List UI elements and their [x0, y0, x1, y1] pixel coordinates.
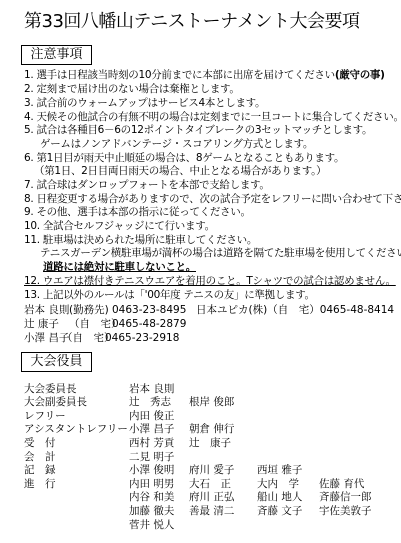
officer-name: 菅井 悦人 [129, 519, 174, 532]
note-item-12: 12. ウエアは襟付きテニスウエアを着用のこと。Tシャツでの試合は認めません。 [24, 275, 396, 288]
note-item-11-cont: テニスガーデン横駐車場が満杯の場合は道路を隔てた駐車場を使用してください。 [40, 247, 401, 260]
note-item-9: 9. その他、選手は本部の指示に従ってください。 [24, 206, 251, 219]
contact-phone: 0465-48-2879 [112, 318, 186, 331]
note-item-1: 1. 選手は日程該当時刻の10分前までに本部に出席を届けてください(厳守の事) [24, 69, 385, 82]
officer-name: 根岸 俊郎 [189, 396, 234, 409]
officer-name: 宇佐美敦子 [319, 505, 372, 518]
officer-name: 内谷 和美 [129, 491, 174, 504]
officer-name: 斉藤 文子 [257, 505, 302, 518]
officer-role: アシスタントレフリー [24, 423, 128, 436]
officer-name: 大石 正 [189, 478, 231, 491]
officer-name: 大内 学 [257, 478, 299, 491]
contact-phone: 0465-23-2918 [105, 332, 179, 345]
note-item-8: 8. 日程変更する場合がありますので、次の試合予定をレフリーに問い合わせて下さい… [24, 193, 401, 206]
officer-name: 小澤 俊明 [129, 464, 174, 477]
note-item-6: 6. 第1日目が雨天中止順延の場合は、8ゲームとなることもあります。 [24, 152, 344, 165]
note-item-11-warning: 道路には絶対に駐車しないこと。 [43, 261, 196, 274]
note-item-3: 3. 試合前のウォームアップはサービス4本とします。 [24, 97, 265, 110]
contact-label: (勤務先) [69, 304, 109, 317]
officer-role: 大会委員長 [24, 383, 77, 396]
notes-section-heading: 注意事項 [21, 45, 92, 65]
officer-role: 記 録 [24, 464, 56, 477]
officer-name: 辻 秀志 [129, 396, 171, 409]
note-text: 1. 選手は日程該当時刻の10分前までに本部に出席を届けてください [24, 69, 335, 81]
note-item-10: 10. 全試合セルフジャッジにて行います。 [24, 220, 215, 233]
officer-role: 大会副委員長 [24, 396, 87, 409]
officer-name: 朝倉 伸行 [189, 423, 234, 436]
officer-name: 西垣 雅子 [257, 464, 302, 477]
officer-name: 佐藤 育代 [319, 478, 364, 491]
officer-name: 岩本 良則 [129, 383, 174, 396]
document-title: 第33回八幡山テニストーナメント大会要項 [24, 11, 359, 33]
note-item-5: 5. 試合は各種目6－6の12ポイントタイブレークの3セットマッチとします。 [24, 124, 372, 137]
note-emphasis: (厳守の事) [335, 69, 385, 81]
note-item-11: 11. 駐車場は決められた場所に駐車してください。 [24, 234, 257, 247]
note-item-6-cont: （第1日、2日目両日雨天の場合、中止となる場合があります。） [34, 165, 326, 178]
contact-extra: 日本ユピカ(株)（自 宅）0465-48-8414 [196, 304, 394, 317]
officer-role: 進 行 [24, 478, 56, 491]
contact-name: 岩本 良則 [24, 304, 69, 317]
note-item-13: 13. 上記以外のルールは「'00年度 テニスの友」に準拠します。 [24, 289, 315, 302]
officer-name: 府川 正弘 [189, 491, 234, 504]
officer-name: 府川 愛子 [189, 464, 234, 477]
officers-section-heading: 大会役員 [21, 352, 92, 372]
officer-name: 西村 芳貢 [129, 437, 174, 450]
officer-name: 善最 清二 [189, 505, 234, 518]
note-item-2: 2. 定刻まで届け出のない場合は棄権とします。 [24, 83, 240, 96]
contact-name: 辻 康子 [24, 318, 59, 331]
officer-name: 小澤 昌子 [129, 423, 174, 436]
officer-name: 辻 康子 [189, 437, 231, 450]
contact-phone: 0463-23-8495 [112, 304, 186, 317]
officer-name: 内田 俊正 [129, 410, 174, 423]
officer-name: 二見 明子 [129, 451, 174, 464]
note-item-7: 7. 試合球はダンロップフォートを本部で支給します。 [24, 179, 270, 192]
officer-name: 船山 地人 [257, 491, 302, 504]
officer-name: 内田 明男 [129, 478, 174, 491]
officer-role: 受 付 [24, 437, 56, 450]
officer-name: 斉藤信一郎 [319, 491, 372, 504]
officer-role: レフリー [24, 410, 66, 423]
note-item-5-cont: ゲームはノンアドバンテージ・スコアリング方式とします。 [40, 138, 313, 151]
officer-name: 加藤 徹夫 [129, 505, 174, 518]
note-item-4: 4. 天候その他試合の有無不明の場合は定刻までに一旦コートに集合してください。 [24, 111, 401, 124]
officer-role: 会 計 [24, 451, 56, 464]
